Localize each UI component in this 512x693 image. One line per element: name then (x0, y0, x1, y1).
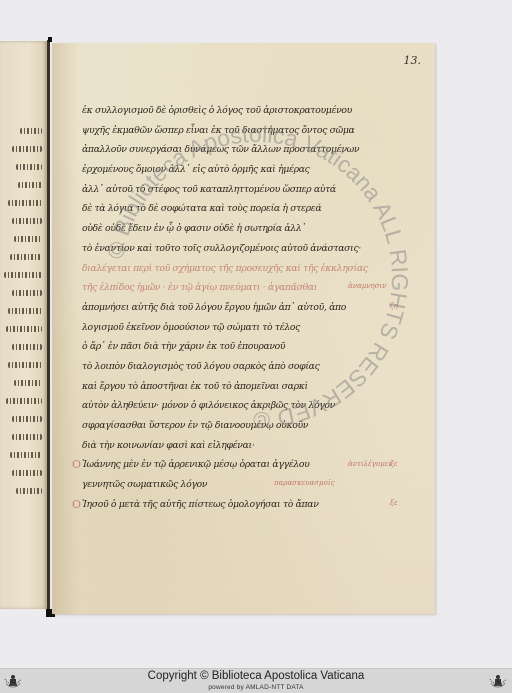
line-text: ὁ ἄρ᾽ ἐν πᾶσι διὰ τὴν χάριν ἐκ τοῦ ἐπουρ… (82, 341, 285, 352)
manuscript-line: ΟἸησοῦ ὁ μετὰ τῆς αὐτῆς πίστεως ὁμολογήσ… (82, 495, 414, 515)
left-page-line (0, 267, 44, 285)
marginal-note: παρασκευασμοῖς (274, 479, 334, 487)
manuscript-line: καὶ ἔργου τὸ ἀποστῆναι ἐκ τοῦ τὸ ἀπομεῖν… (82, 377, 414, 397)
marginal-note: ζε (390, 460, 398, 468)
manuscript-line: ψυχῆς ἐκμαθῶν ὥσπερ εἶναι ἐκ τοῦ διαστήμ… (82, 121, 414, 141)
left-page-line (0, 285, 44, 303)
line-text: τὸ λοιπὸν διαλογισμὸς τοῦ λόγου σαρκὸς ἀ… (82, 361, 319, 372)
marginal-note: ἀναμνησιν (348, 282, 387, 290)
line-text: σφραγίσασθαι ὕστερον ἐν τῷ διανοουμένῳ ο… (82, 420, 308, 431)
line-text: Ἰωάννης μὲν ἐν τῷ ἀρρενικῷ μέσῳ ὁραται ἀ… (82, 459, 309, 470)
left-page-line (0, 393, 44, 411)
left-page-line (0, 339, 44, 357)
manuscript-line: δὲ τὰ λόγια τὸ δὲ σοφώτατα καὶ τοὺς πορε… (82, 199, 414, 219)
line-text: γεννητῶς σωματικῶς λόγον (82, 479, 207, 490)
left-page-line (0, 429, 44, 447)
marginal-note: ξε (390, 499, 398, 507)
line-text: Ἰησοῦ ὁ μετὰ τῆς αὐτῆς πίστεως ὁμολογήσα… (82, 499, 319, 510)
left-page-line (0, 159, 44, 177)
manuscript-line: αὐτὸν ἀληθεύειν· μόνον ὁ φιλόνεικος ἀκρι… (82, 396, 414, 416)
manuscript-line: ἐρχομένους ὅμοιον ἀλλ᾽ εἰς αὐτὸ ὁρμῆς κα… (82, 160, 414, 180)
manuscript-line: ἀλλ᾽ αὐτοῦ τὸ στέφος τοῦ καταπληττομένου… (82, 180, 414, 200)
left-page-line (0, 465, 44, 483)
binding-gutter (47, 40, 50, 612)
left-page-line (0, 195, 44, 213)
manuscript-line: γεννητῶς σωματικῶς λόγον (82, 475, 414, 495)
line-text: ἀλλ᾽ αὐτοῦ τὸ στέφος τοῦ καταπληττομένου… (82, 184, 336, 195)
copyright-footer: Copyright © Biblioteca Apostolica Vatica… (0, 668, 512, 693)
line-text: ἀπομνήσει αὐτῆς διὰ τοῦ λόγου ἔργου ἡμῶν… (82, 302, 346, 313)
manuscript-line: οὐδὲ οὐδὲ ἔδειν ἐν ᾧ ὁ φασιν οὐδὲ ἡ σωτη… (82, 219, 414, 239)
line-text: δὲ τὰ λόγια τὸ δὲ σοφώτατα καὶ τοὺς πορε… (82, 203, 321, 214)
left-page (0, 41, 47, 609)
left-page-line (0, 177, 44, 195)
line-text: διαλέγεται περὶ τοῦ σχήματος τῆς προσευχ… (82, 263, 368, 274)
line-text: ψυχῆς ἐκμαθῶν ὥσπερ εἶναι ἐκ τοῦ διαστήμ… (82, 125, 354, 136)
line-text: αὐτὸν ἀληθεύειν· μόνον ὁ φιλόνεικος ἀκρι… (82, 400, 335, 411)
left-page-line (0, 375, 44, 393)
left-page-line (0, 357, 44, 375)
manuscript-line: ὁ ἄρ᾽ ἐν πᾶσι διὰ τὴν χάριν ἐκ τοῦ ἐπουρ… (82, 337, 414, 357)
left-page-line (0, 231, 44, 249)
line-text: ἐκ συλλογισμοῦ δὲ ὁρισθεὶς ὁ λόγος τοῦ ἀ… (82, 105, 352, 116)
line-text: τὸ ἐναντίον καὶ τοῦτο τοῖς συλλογιζομένο… (82, 243, 361, 254)
manuscript-line: τὸ λοιπὸν διαλογισμὸς τοῦ λόγου σαρκὸς ἀ… (82, 357, 414, 377)
left-page-line (0, 303, 44, 321)
marginal-note: ἀντιλέγομεν (348, 460, 393, 468)
line-text: οὐδὲ οὐδὲ ἔδειν ἐν ᾧ ὁ φασιν οὐδὲ ἡ σωτη… (82, 223, 306, 234)
manuscript-line: τὸ ἐναντίον καὶ τοῦτο τοῖς συλλογιζομένο… (82, 239, 414, 259)
left-page-line (0, 123, 44, 141)
right-page: 13. ἐκ συλλογισμοῦ δὲ ὁρισθεὶς ὁ λόγος τ… (52, 43, 435, 614)
left-page-line (0, 483, 44, 501)
left-page-line (0, 321, 44, 339)
left-page-text (0, 123, 44, 501)
manuscript-line: λογισμοῦ ἐκεῖνον ὁμοούσιον τῷ σώματι τὸ … (82, 318, 414, 338)
marginal-note: ζη (390, 302, 398, 310)
line-text: ἀπαλλοῦν συνεργάσαι δυνάμεως τῶν ἄλλων π… (82, 144, 359, 155)
rubricated-initial: Ο (72, 455, 81, 474)
manuscript-line: ἐκ συλλογισμοῦ δὲ ὁρισθεὶς ὁ λόγος τοῦ ἀ… (82, 101, 414, 121)
manuscript-line: ἀπαλλοῦν συνεργάσαι δυνάμεως τῶν ἄλλων π… (82, 140, 414, 160)
powered-by-text: powered by AMLAD-NTT DATA (0, 684, 512, 691)
line-text: τῆς ἐλπίδος ἡμῶν · ἐν τῷ ἁγίῳ πνεύματι ·… (82, 282, 317, 293)
line-text: ἐρχομένους ὅμοιον ἀλλ᾽ εἰς αὐτὸ ὁρμῆς κα… (82, 164, 310, 175)
folio-number: 13. (404, 54, 422, 67)
line-text: καὶ ἔργου τὸ ἀποστῆναι ἐκ τοῦ τὸ ἀπομεῖν… (82, 381, 308, 392)
copyright-text: Copyright © Biblioteca Apostolica Vatica… (0, 670, 512, 682)
rubricated-initial: Ο (72, 495, 81, 514)
left-page-line (0, 249, 44, 267)
left-page-line (0, 213, 44, 231)
manuscript-line: ἀπομνήσει αὐτῆς διὰ τοῦ λόγου ἔργου ἡμῶν… (82, 298, 414, 318)
rubric-line: διαλέγεται περὶ τοῦ σχήματος τῆς προσευχ… (82, 259, 414, 279)
line-text: λογισμοῦ ἐκεῖνον ὁμοούσιον τῷ σώματι τὸ … (82, 322, 300, 333)
manuscript-line: σφραγίσασθαι ὕστερον ἐν τῷ διανοουμένῳ ο… (82, 416, 414, 436)
binding-tab-top (48, 37, 52, 42)
manuscript-viewer[interactable]: 13. ἐκ συλλογισμοῦ δὲ ὁρισθεὶς ὁ λόγος τ… (0, 0, 512, 668)
manuscript-line: διὰ τὴν κοινωνίαν φασὶ καὶ εἰληφέναι· (82, 436, 414, 456)
line-text: διὰ τὴν κοινωνίαν φασὶ καὶ εἰληφέναι· (82, 440, 254, 451)
left-page-line (0, 411, 44, 429)
manuscript-text: ἐκ συλλογισμοῦ δὲ ὁρισθεὶς ὁ λόγος τοῦ ἀ… (82, 101, 414, 514)
left-page-line (0, 141, 44, 159)
vatican-library-seal-icon (487, 671, 509, 693)
left-page-line (0, 447, 44, 465)
